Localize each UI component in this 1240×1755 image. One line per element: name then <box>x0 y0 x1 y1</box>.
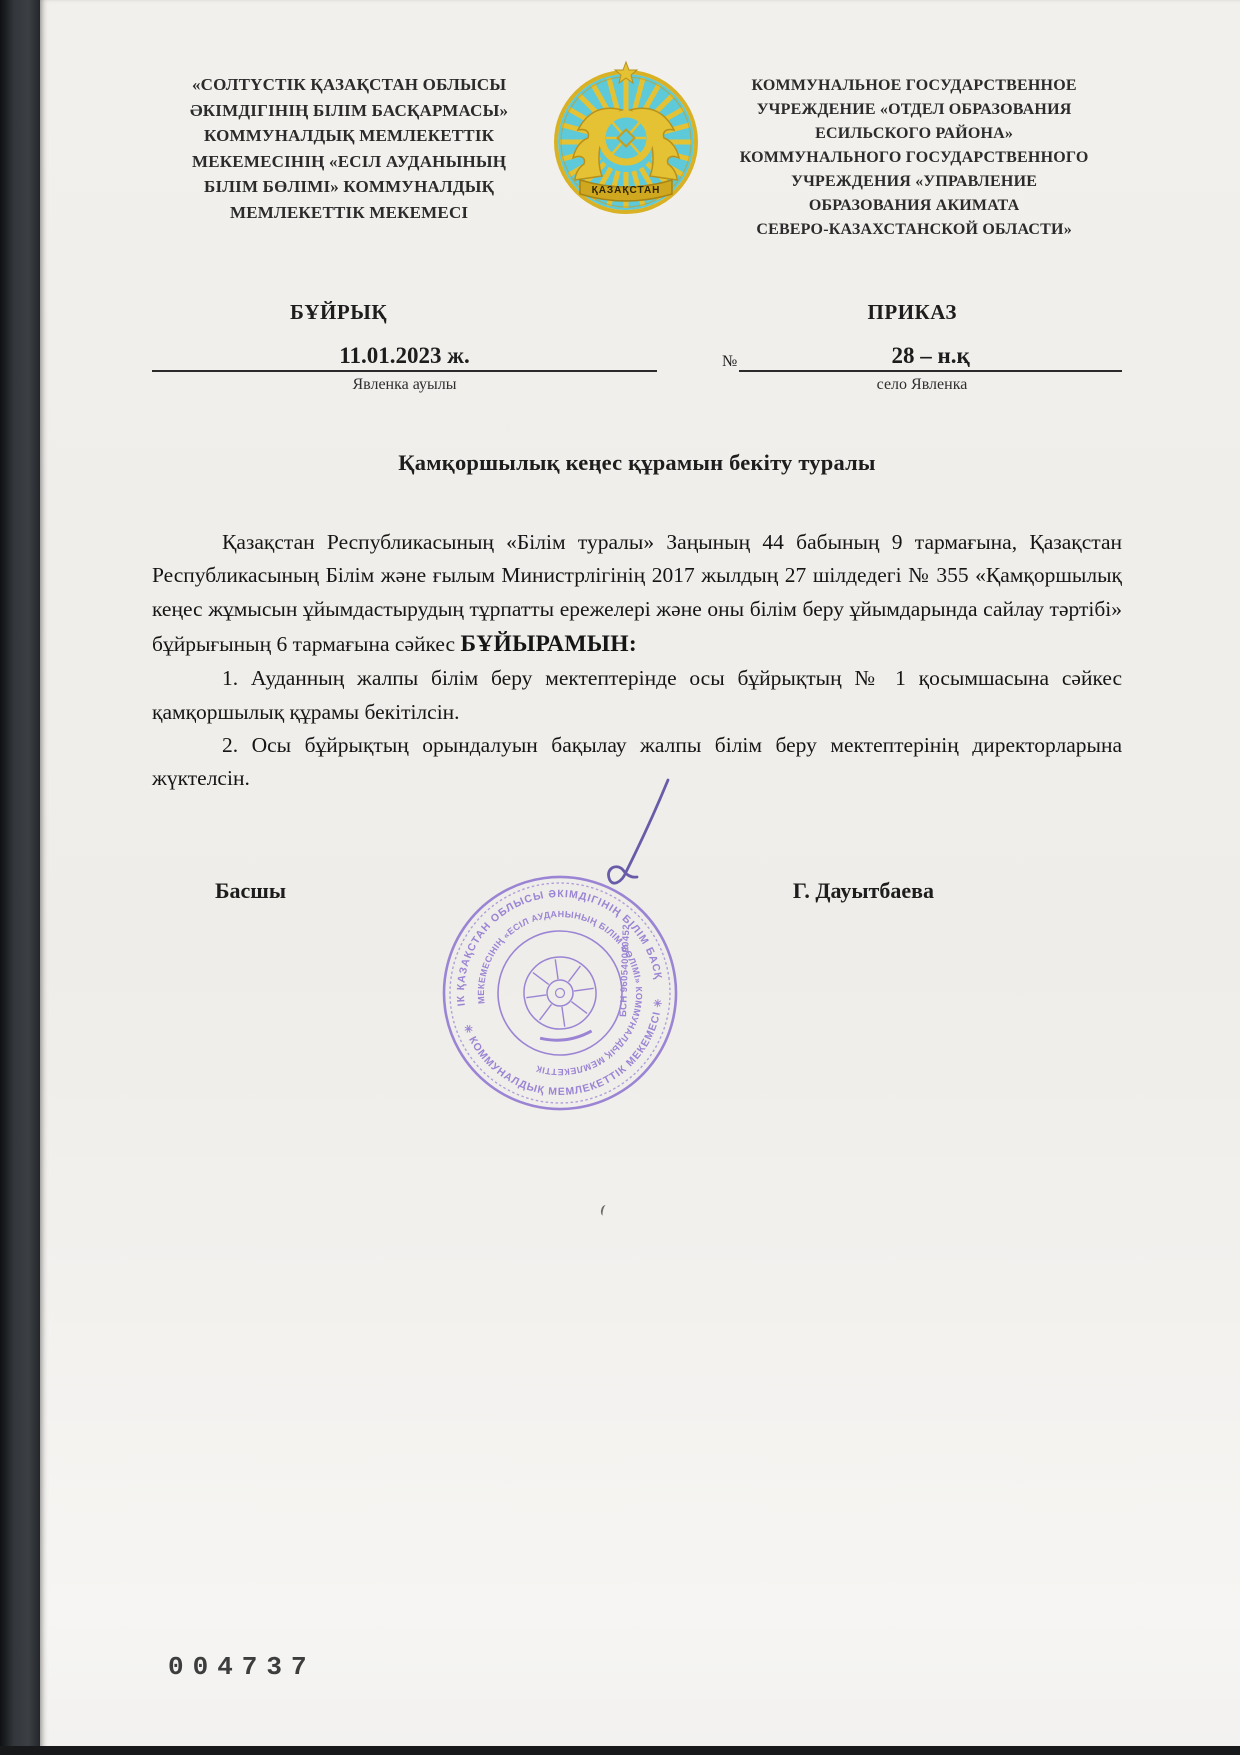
org-name-russian: КОММУНАЛЬНОЕ ГОСУДАРСТВЕННОЕ УЧРЕЖДЕНИЕ … <box>706 64 1122 242</box>
order-date-row: 11.01.2023 ж. № 28 – н.қ <box>152 343 1122 372</box>
place-kazakh: Явленка ауылы <box>152 376 657 394</box>
stamp-inner-circle <box>490 923 630 1063</box>
order-item-1: 1. Ауданның жалпы білім беру мектептерін… <box>152 662 1122 729</box>
order-label-russian: ПРИКАЗ <box>868 300 957 325</box>
org-left-line: БІЛІМ БӨЛІМІ» КОММУНАЛДЫҚ <box>152 174 546 200</box>
intro-paragraph: Қазақстан Республикасының «Білім туралы»… <box>152 526 1122 662</box>
order-number: 28 – н.қ <box>739 343 1122 372</box>
org-left-line: ӘКІМДІГІНІҢ БІЛІМ БАСҚАРМАСЫ» <box>152 98 546 124</box>
signer-title: Басшы <box>215 878 286 904</box>
org-left-line: «СОЛТҮСТІК ҚАЗАҚСТАН ОБЛЫСЫ <box>152 72 546 98</box>
svg-text:✳ КОММУНАЛДЫҚ МЕМЛЕКЕТТІК МЕКЕ: ✳ КОММУНАЛДЫҚ МЕМЛЕКЕТТІК МЕКЕМЕСІ ✳ <box>460 996 677 1112</box>
org-right-line: КОММУНАЛЬНОГО ГОСУДАРСТВЕННОГО <box>706 146 1122 170</box>
order-date: 11.01.2023 ж. <box>152 343 657 372</box>
document-body: Қазақстан Республикасының «Білім туралы»… <box>152 526 1122 796</box>
org-left-line: МЕМЛЕКЕТТІК МЕКЕМЕСІ <box>152 200 546 226</box>
kazakhstan-emblem: ҚАЗАҚСТАН <box>550 58 702 222</box>
stamp-center-emblem <box>519 952 602 1044</box>
bottom-scan-edge <box>0 1746 1240 1755</box>
scanner-edge-band <box>0 0 40 1755</box>
signer-name: Г. Дауытбаева <box>793 878 934 904</box>
org-right-line: ЕСИЛЬСКОГО РАЙОНА» <box>706 122 1122 146</box>
document-title: Қамқоршылық кеңес құрамын бекіту туралы <box>152 450 1122 476</box>
org-right-line: ОБРАЗОВАНИЯ АКИМАТА <box>706 194 1122 218</box>
org-name-kazakh: «СОЛТҮСТІК ҚАЗАҚСТАН ОБЛЫСЫ ӘКІМДІГІНІҢ … <box>152 64 546 225</box>
order-place-row: Явленка ауылы село Явленка <box>152 376 1122 394</box>
org-right-line: КОММУНАЛЬНОЕ ГОСУДАРСТВЕННОЕ <box>706 74 1122 98</box>
emblem-banner-text: ҚАЗАҚСТАН <box>592 185 661 196</box>
place-russian: село Явленка <box>722 376 1122 394</box>
counter-number: 004737 <box>168 1652 316 1682</box>
org-left-line: КОММУНАЛДЫҚ МЕМЛЕКЕТТІК <box>152 123 546 149</box>
org-right-line: СЕВЕРО-КАЗАХСТАНСКОЙ ОБЛАСТИ» <box>706 218 1122 242</box>
order-number-cell: № 28 – н.қ <box>722 343 1122 372</box>
number-sign: № <box>722 353 739 371</box>
signature-stroke <box>608 780 668 883</box>
order-label-kazakh: БҰЙРЫҚ <box>290 300 387 325</box>
signature-ink <box>572 772 692 917</box>
org-right-line: УЧРЕЖДЕНИЯ «УПРАВЛЕНИЕ <box>706 170 1122 194</box>
scanned-order-document: «СОЛТҮСТІК ҚАЗАҚСТАН ОБЛЫСЫ ӘКІМДІГІНІҢ … <box>0 0 1240 1755</box>
org-right-line: УЧРЕЖДЕНИЕ «ОТДЕЛ ОБРАЗОВАНИЯ <box>706 98 1122 122</box>
stamp-bin-text: БСН 960540000452 <box>618 924 632 1017</box>
intro-text: Қазақстан Республикасының «Білім туралы»… <box>152 530 1122 656</box>
org-left-line: МЕКЕМЕСІНІҢ «ЕСІЛ АУДАНЫНЫҢ <box>152 149 546 175</box>
letterhead: «СОЛТҮСТІК ҚАЗАҚСТАН ОБЛЫСЫ ӘКІМДІГІНІҢ … <box>152 64 1122 242</box>
order-label-row: БҰЙРЫҚ ПРИКАЗ <box>152 300 1122 325</box>
stamp-outer-bottom-text: ✳ КОММУНАЛДЫҚ МЕМЛЕКЕТТІК МЕКЕМЕСІ ✳ <box>460 996 677 1112</box>
resolve-word: БҰЙЫРАМЫН: <box>460 631 637 657</box>
